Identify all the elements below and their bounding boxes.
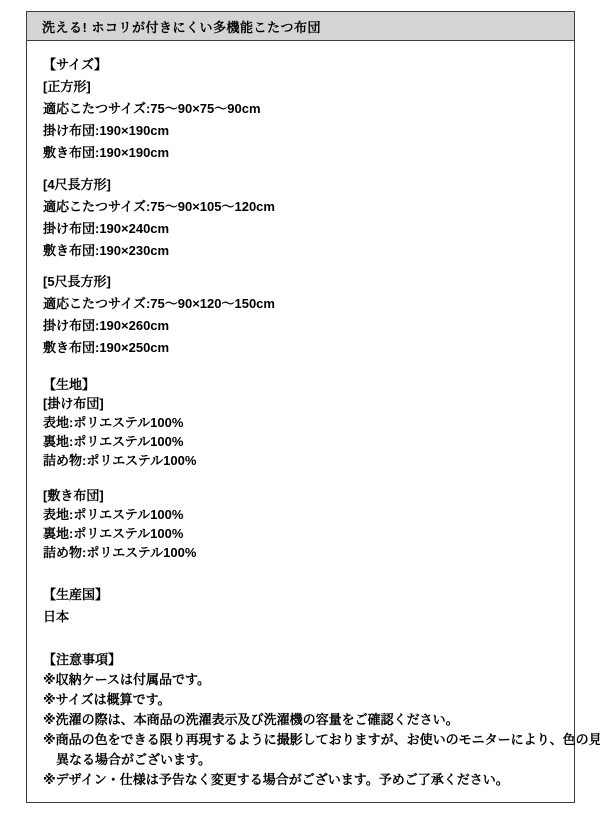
note-line: ※洗濯の際は、本商品の洗濯表示及び洗濯機の容量をご確認ください。 xyxy=(43,710,558,730)
section-heading: 【注意事項】 xyxy=(43,650,558,670)
product-spec-panel: 洗える! ホコリが付きにくい多機能こたつ布団 【サイズ】 [正方形] 適応こたつ… xyxy=(26,11,575,803)
subsection-heading: [4尺長方形] xyxy=(43,174,558,196)
note-line: ※サイズは概算です。 xyxy=(43,690,558,710)
section-size-5shaku: [5尺長方形] 適応こたつサイズ:75〜90×120〜150cm 掛け布団:19… xyxy=(43,271,558,359)
spec-line: 適応こたつサイズ:75〜90×105〜120cm xyxy=(43,196,558,218)
spec-line: 適応こたつサイズ:75〜90×120〜150cm xyxy=(43,293,558,315)
spec-line: 詰め物:ポリエステル100% xyxy=(43,451,558,470)
section-fabric-kake: 【生地】 [掛け布団] 表地:ポリエステル100% 裏地:ポリエステル100% … xyxy=(43,375,558,470)
spec-line: 適応こたつサイズ:75〜90×75〜90cm xyxy=(43,98,558,120)
note-line-continuation: 異なる場合がございます。 xyxy=(43,750,558,770)
subsection-heading: [5尺長方形] xyxy=(43,271,558,293)
section-heading: 【サイズ】 xyxy=(43,54,558,76)
spec-line: 敷き布団:190×250cm xyxy=(43,337,558,359)
spec-line: 表地:ポリエステル100% xyxy=(43,413,558,432)
spec-line: 掛け布団:190×240cm xyxy=(43,218,558,240)
section-size-square: 【サイズ】 [正方形] 適応こたつサイズ:75〜90×75〜90cm 掛け布団:… xyxy=(43,54,558,164)
spec-panel-body: 【サイズ】 [正方形] 適応こたつサイズ:75〜90×75〜90cm 掛け布団:… xyxy=(27,41,574,790)
section-notes: 【注意事項】 ※収納ケースは付属品です。 ※サイズは概算です。 ※洗濯の際は、本… xyxy=(43,650,558,790)
section-size-4shaku: [4尺長方形] 適応こたつサイズ:75〜90×105〜120cm 掛け布団:19… xyxy=(43,174,558,262)
section-heading: 【生地】 xyxy=(43,375,558,394)
subsection-heading: [掛け布団] xyxy=(43,394,558,413)
spec-line: 日本 xyxy=(43,606,558,628)
spec-line: 敷き布団:190×230cm xyxy=(43,240,558,262)
spec-line: 裏地:ポリエステル100% xyxy=(43,524,558,543)
spec-line: 詰め物:ポリエステル100% xyxy=(43,543,558,562)
spec-panel-header: 洗える! ホコリが付きにくい多機能こたつ布団 xyxy=(27,12,574,41)
note-line: ※商品の色をできる限り再現するように撮影しておりますが、お使いのモニターにより、… xyxy=(43,730,558,750)
spec-line: 敷き布団:190×190cm xyxy=(43,142,558,164)
section-fabric-shiki: [敷き布団] 表地:ポリエステル100% 裏地:ポリエステル100% 詰め物:ポ… xyxy=(43,486,558,562)
spec-line: 掛け布団:190×260cm xyxy=(43,315,558,337)
section-heading: 【生産国】 xyxy=(43,584,558,606)
subsection-heading: [敷き布団] xyxy=(43,486,558,505)
spec-panel-title: 洗える! ホコリが付きにくい多機能こたつ布団 xyxy=(42,17,321,36)
spec-line: 掛け布団:190×190cm xyxy=(43,120,558,142)
note-line: ※収納ケースは付属品です。 xyxy=(43,670,558,690)
subsection-heading: [正方形] xyxy=(43,76,558,98)
spec-line: 裏地:ポリエステル100% xyxy=(43,432,558,451)
spec-line: 表地:ポリエステル100% xyxy=(43,505,558,524)
note-line: ※デザイン・仕様は予告なく変更する場合がございます。予めご了承ください。 xyxy=(43,770,558,790)
section-country: 【生産国】 日本 xyxy=(43,584,558,628)
